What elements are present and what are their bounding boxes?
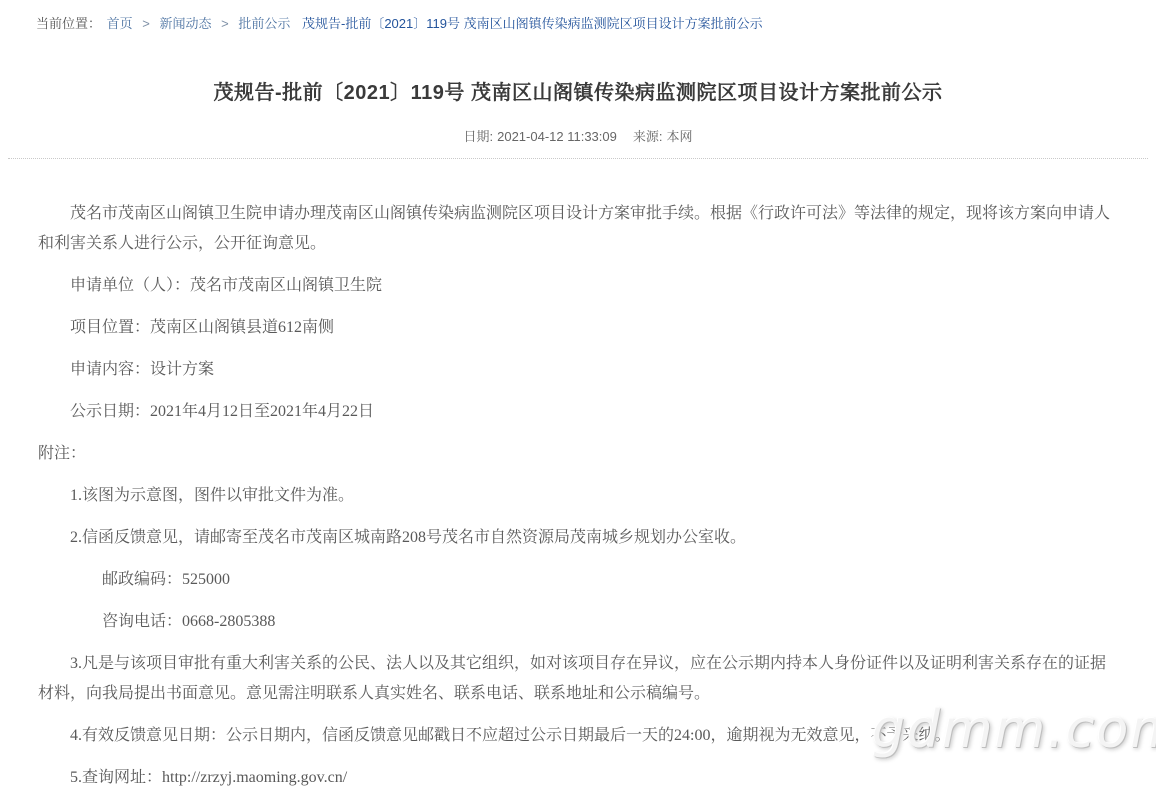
article-title: 茂规告-批前〔2021〕119号 茂南区山阁镇传染病监测院区项目设计方案批前公示	[40, 76, 1116, 105]
article-paragraph-application-content: 申请内容：设计方案	[38, 355, 1116, 385]
breadcrumb-link-preapproval-notice[interactable]: 批前公示	[238, 16, 290, 31]
article-paragraph-postal-code: 邮政编码：525000	[38, 565, 1116, 595]
article-meta: 日期:2021-04-12 11:33:09来源:本网	[0, 126, 1156, 145]
article-paragraph-phone: 咨询电话：0668-2805388	[38, 607, 1116, 637]
article-paragraph-note-1: 1.该图为示意图，图件以审批文件为准。	[38, 481, 1116, 511]
article-paragraph-notes-heading: 附注：	[38, 439, 1116, 469]
date-value: 2021-04-12 11:33:09	[497, 129, 617, 144]
article-paragraph-applicant: 申请单位（人）：茂名市茂南区山阁镇卫生院	[38, 271, 1116, 301]
breadcrumb-separator: >	[221, 16, 229, 31]
date-label: 日期:	[463, 129, 493, 144]
breadcrumb-current-article-link[interactable]: 茂规告-批前〔2021〕119号 茂南区山阁镇传染病监测院区项目设计方案批前公示	[302, 16, 763, 31]
breadcrumb-label: 当前位置：	[36, 16, 101, 31]
article-paragraph-note-2: 2.信函反馈意见，请邮寄至茂名市茂南区城南路208号茂名市自然资源局茂南城乡规划…	[38, 523, 1116, 553]
breadcrumb: 当前位置： 首页 > 新闻动态 > 批前公示 茂规告-批前〔2021〕119号 …	[0, 0, 1156, 32]
source-label: 来源:	[633, 129, 663, 144]
article-paragraph-notice-period: 公示日期：2021年4月12日至2021年4月22日	[38, 397, 1116, 427]
breadcrumb-link-news[interactable]: 新闻动态	[160, 16, 212, 31]
article-paragraph-note-4: 4.有效反馈意见日期：公示日期内，信函反馈意见邮戳日不应超过公示日期最后一天的2…	[38, 721, 1116, 751]
page: { "breadcrumb": { "label": "当前位置：", "sep…	[0, 0, 1156, 798]
article-paragraph-note-5-url: 5.查询网址：http://zrzyj.maoming.gov.cn/	[38, 763, 1116, 793]
source-value: 本网	[666, 129, 692, 144]
article-body: 茂名市茂南区山阁镇卫生院申请办理茂南区山阁镇传染病监测院区项目设计方案审批手续。…	[0, 159, 1156, 793]
article-paragraph-location: 项目位置：茂南区山阁镇县道612南侧	[38, 313, 1116, 343]
breadcrumb-link-home[interactable]: 首页	[107, 16, 133, 31]
breadcrumb-separator: >	[142, 16, 150, 31]
article-paragraph-intro: 茂名市茂南区山阁镇卫生院申请办理茂南区山阁镇传染病监测院区项目设计方案审批手续。…	[38, 199, 1116, 259]
article-paragraph-note-3: 3.凡是与该项目审批有重大利害关系的公民、法人以及其它组织，如对该项目存在异议，…	[38, 649, 1116, 709]
